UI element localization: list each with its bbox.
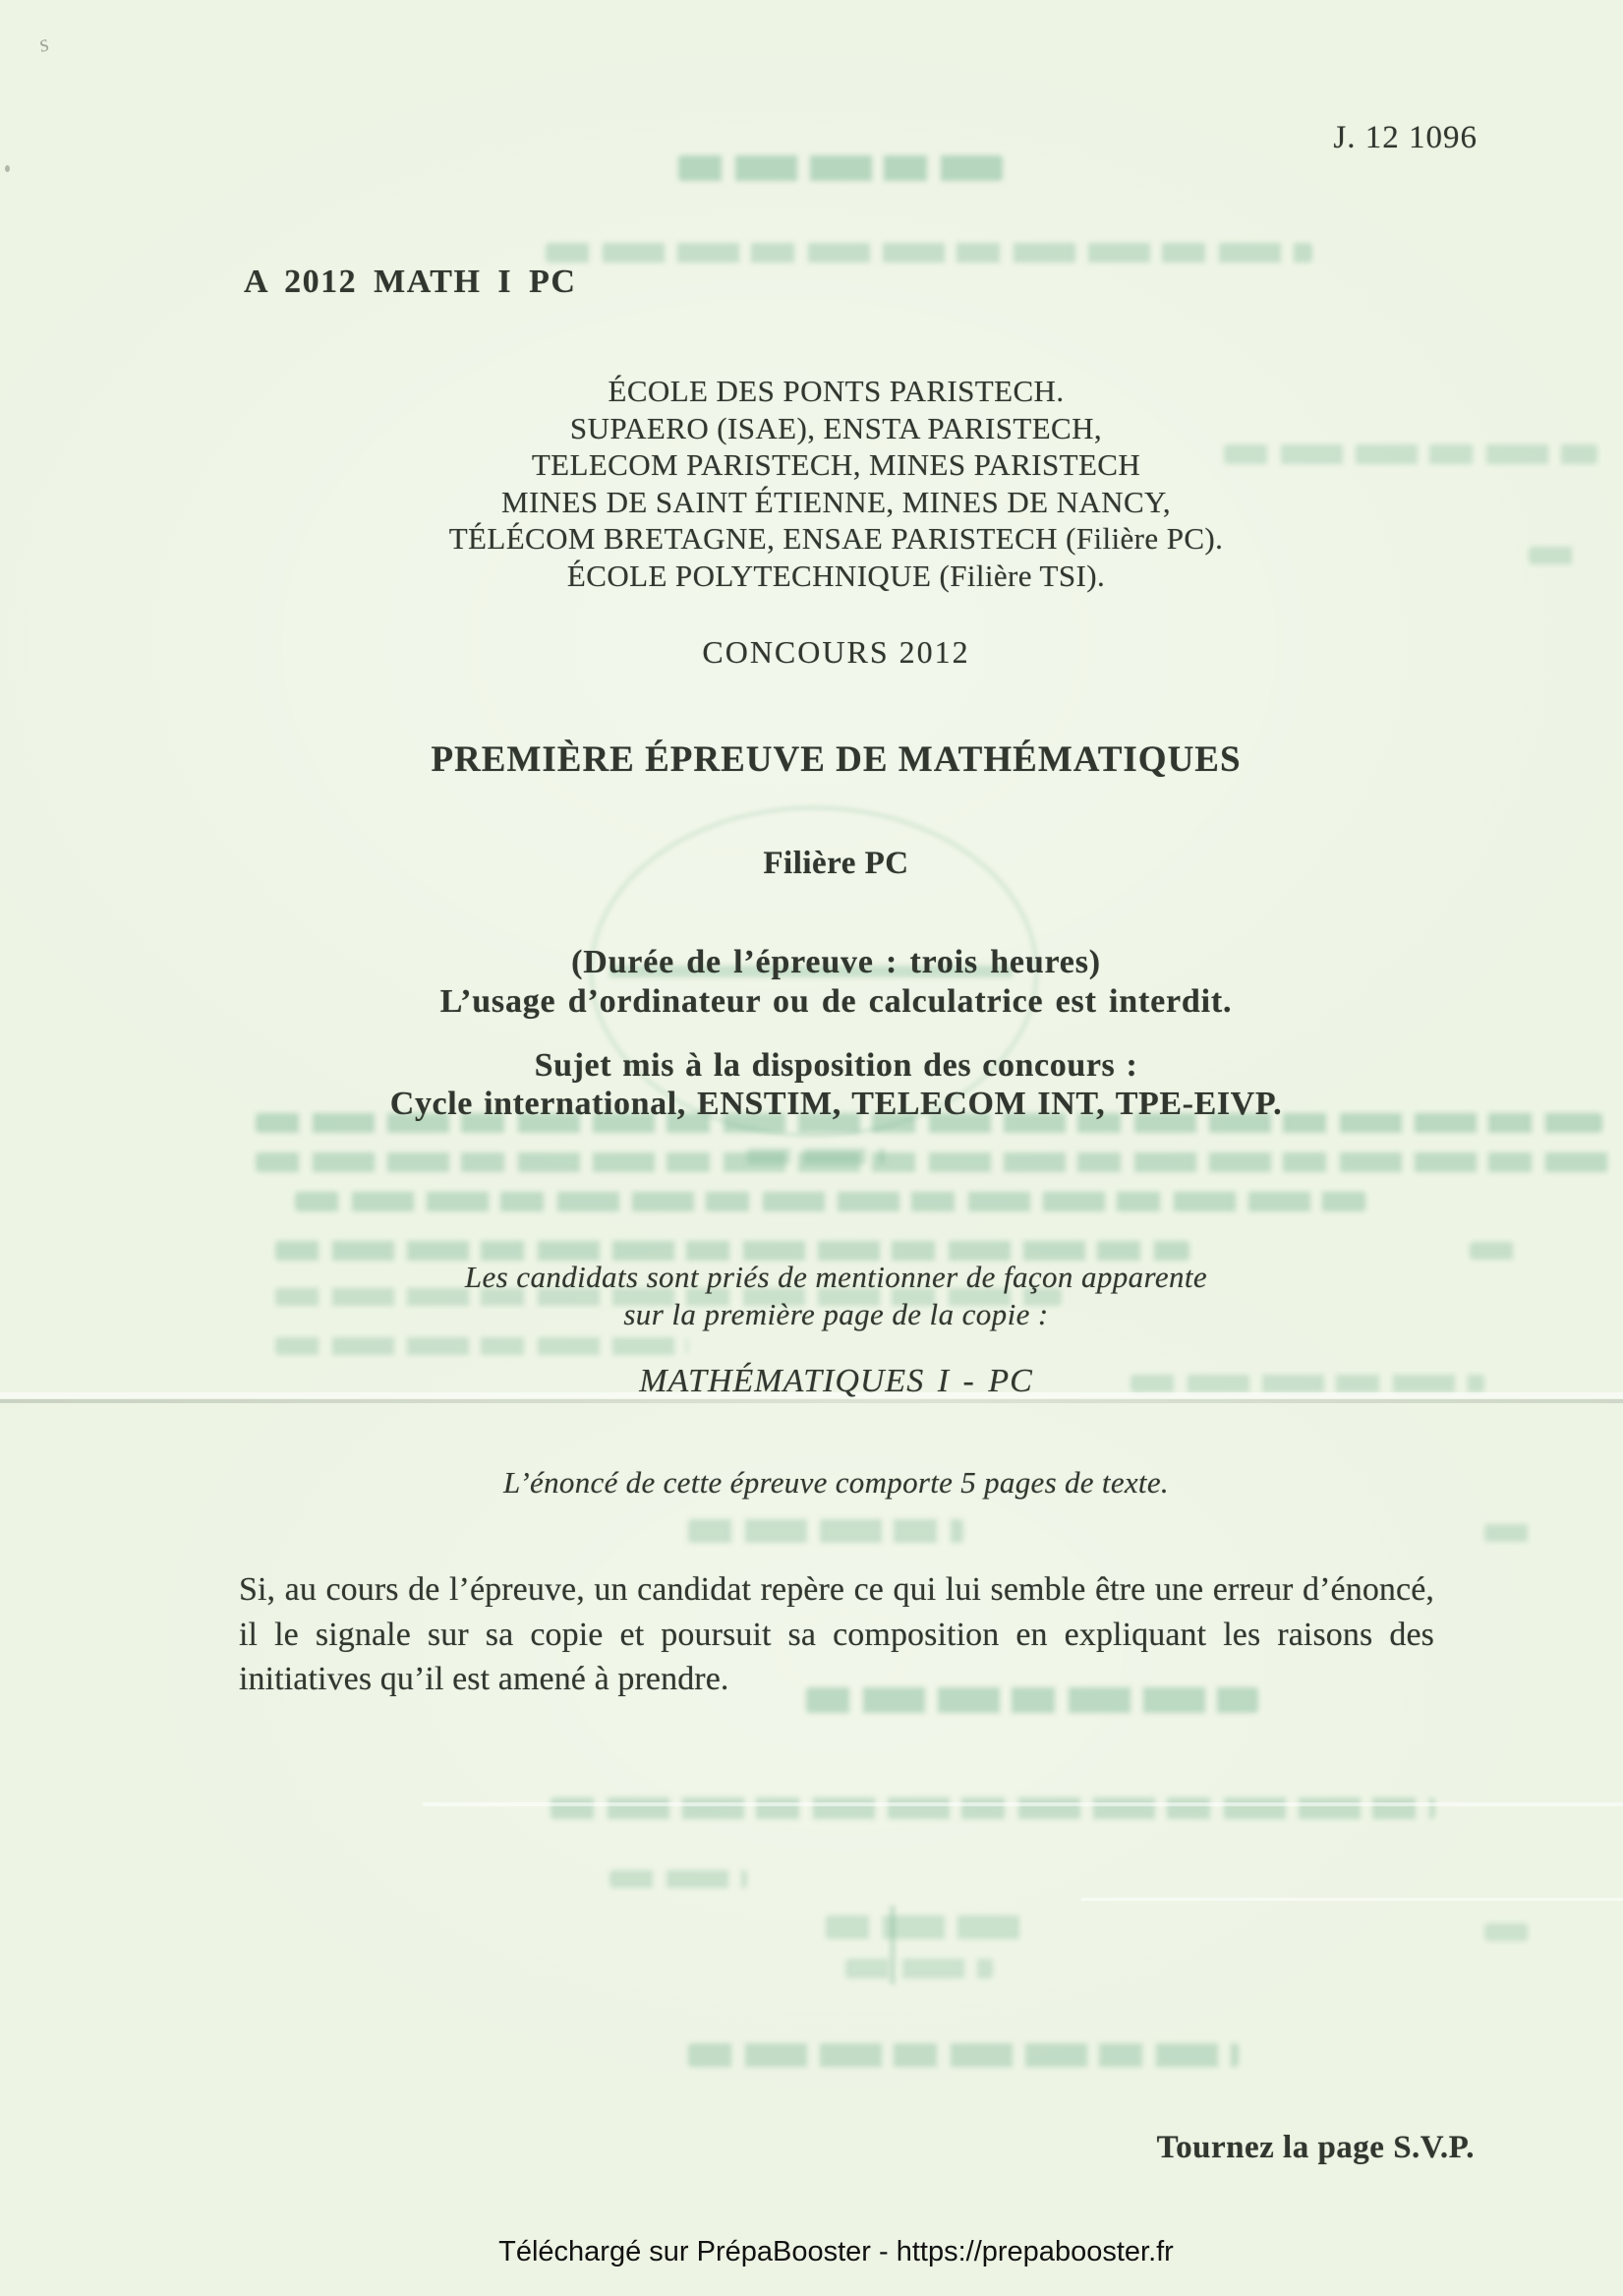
- exam-title: PREMIÈRE ÉPREUVE DE MATHÉMATIQUES: [239, 738, 1433, 781]
- download-footer: Téléchargé sur PrépaBooster - https://pr…: [239, 2236, 1433, 2268]
- school-line: ÉCOLE POLYTECHNIQUE (Filière TSI).: [239, 558, 1433, 595]
- bleed-through-integral: [890, 1906, 896, 1984]
- session-code: A 2012 MATH I PC: [244, 264, 576, 301]
- bleed-through-line: [609, 1870, 747, 1888]
- school-line: SUPAERO (ISAE), ENSTA PARISTECH,: [239, 410, 1433, 447]
- bleed-through-formula: [688, 1519, 963, 1543]
- bleed-through-formula: [845, 1959, 993, 1978]
- notice-line: sur la première page de la copie :: [239, 1296, 1433, 1333]
- bleed-through-line: [551, 1797, 1435, 1819]
- availability-line: Sujet mis à la disposition des concours …: [239, 1046, 1433, 1085]
- pen-mark: s: [35, 30, 52, 59]
- pages-count-note: L’énoncé de cette épreuve comporte 5 pag…: [239, 1465, 1433, 1501]
- track-label: Filière PC: [239, 846, 1433, 882]
- bleed-through-line: [275, 1337, 688, 1355]
- bleed-through-marker: [1484, 1923, 1529, 1941]
- schools-list: ÉCOLE DES PONTS PARISTECH. SUPAERO (ISAE…: [239, 373, 1433, 594]
- bleed-through-line: [256, 1152, 1612, 1172]
- bleed-through-marker: [1470, 1242, 1514, 1260]
- bleed-through-line: [295, 1192, 1366, 1211]
- document-ref-number: J. 12 1096: [1333, 120, 1478, 156]
- bleed-through-line: [275, 1241, 1189, 1261]
- notice-line: Les candidats sont priés de mentionner d…: [239, 1259, 1433, 1296]
- school-line: MINES DE SAINT ÉTIENNE, MINES DE NANCY,: [239, 484, 1433, 521]
- bleed-through-line: [546, 243, 1312, 263]
- scanned-exam-page: s J. 12 1096 A 2012 MATH I PC ÉCOLE DES …: [0, 0, 1623, 2296]
- bleed-through-marker: [1529, 547, 1578, 564]
- bleed-through-heading: [678, 155, 1003, 181]
- contest-name: CONCOURS 2012: [239, 634, 1433, 671]
- school-line: TELECOM PARISTECH, MINES PARISTECH: [239, 446, 1433, 484]
- turn-page-note: Tournez la page S.V.P.: [1157, 2130, 1475, 2166]
- paper-speck: [5, 165, 10, 172]
- school-line: ÉCOLE DES PONTS PARISTECH.: [239, 373, 1433, 410]
- error-notice-paragraph: Si, au cours de l’épreuve, un candidat r…: [239, 1567, 1434, 1702]
- bleed-through-line: [688, 2043, 1239, 2067]
- scan-streak: [1081, 1898, 1623, 1901]
- exam-conditions: (Durée de l’épreuve : trois heures) L’us…: [239, 943, 1433, 1021]
- bleed-through-formula: [826, 1915, 1022, 1939]
- school-line: TÉLÉCOM BRETAGNE, ENSAE PARISTECH (Filiè…: [239, 520, 1433, 558]
- bleed-through-marker: [1484, 1524, 1529, 1542]
- duration-line: (Durée de l’épreuve : trois heures): [239, 943, 1433, 982]
- subject-label: MATHÉMATIQUES I - PC: [239, 1363, 1433, 1400]
- candidates-notice: Les candidats sont priés de mentionner d…: [239, 1259, 1433, 1333]
- availability-line: Cycle international, ENSTIM, TELECOM INT…: [239, 1085, 1433, 1123]
- availability-note: Sujet mis à la disposition des concours …: [239, 1046, 1433, 1123]
- calculator-line: L’usage d’ordinateur ou de calculatrice …: [239, 982, 1433, 1022]
- scan-streak: [423, 1802, 1623, 1806]
